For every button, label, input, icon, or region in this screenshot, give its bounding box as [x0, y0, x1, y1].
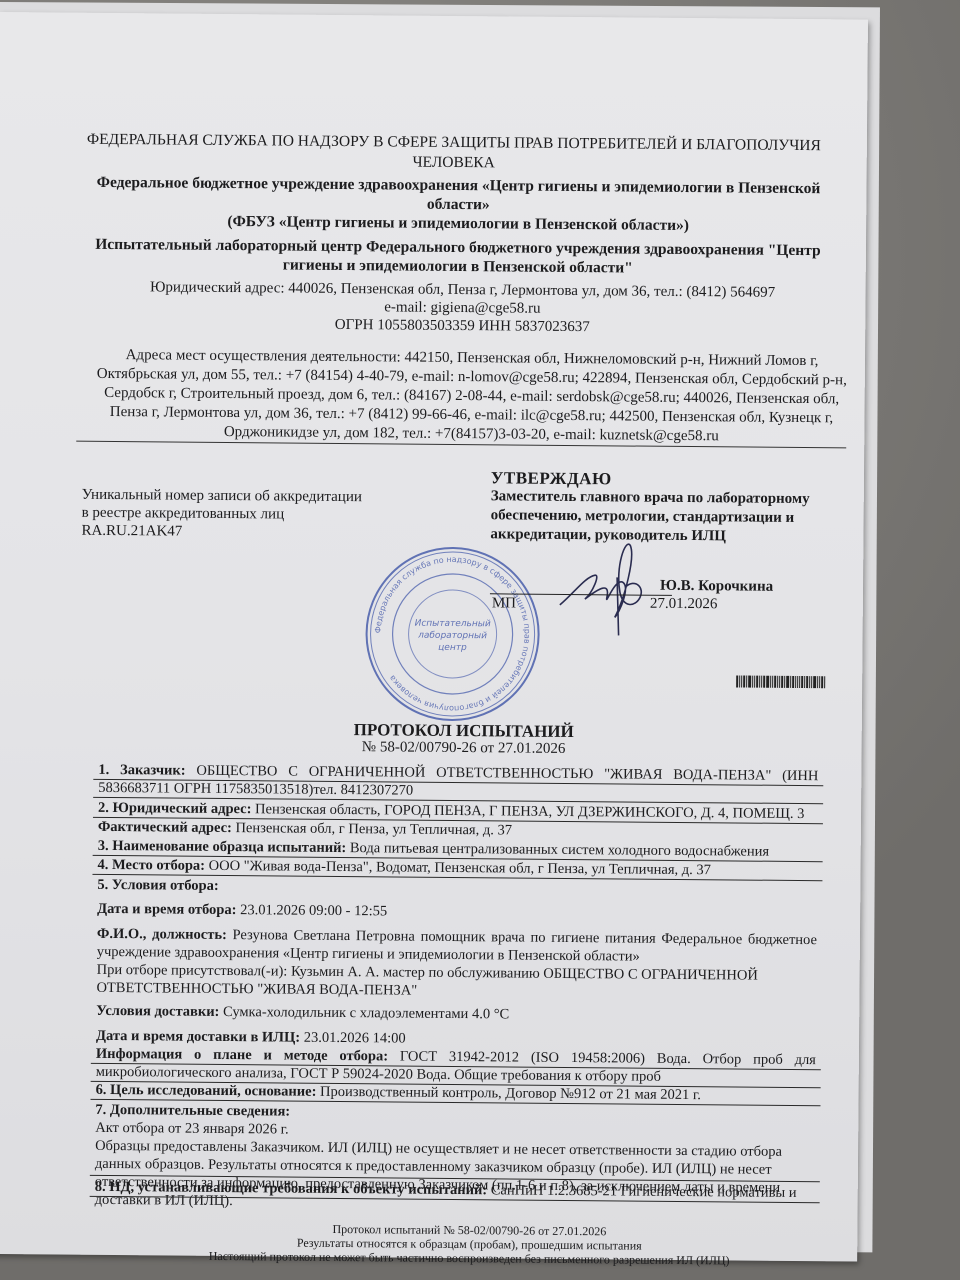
round-stamp-icon: Федеральная служба по надзору в сфере за… [362, 543, 544, 725]
activity-addresses: Адреса мест осуществления деятельности: … [86, 346, 857, 448]
institution-name: Федеральное бюджетное учреждение здравоо… [88, 173, 828, 217]
document-page: ФЕДЕРАЛЬНАЯ СЛУЖБА ПО НАДЗОРУ В СФЕРЕ ЗА… [0, 12, 868, 1262]
actual-address-label: Фактический адрес: [98, 819, 232, 836]
purpose-label: 6. Цель исследований, основание: [96, 1082, 317, 1100]
sampler-info: Ф.И.О., должность: Резунова Светлана Пет… [97, 925, 817, 967]
sampling-plan-label: Информация о плане и методе отбора: [96, 1046, 388, 1065]
normative-docs-label: 8. НД, устанавливающие требования к объе… [95, 1179, 488, 1198]
barcode-icon [736, 675, 836, 688]
delivery-datetime-value: 23.01.2026 14:00 [304, 1030, 406, 1047]
delivery-datetime-label: Дата и время доставки в ИЛЦ: [96, 1028, 300, 1046]
protocol-number: № 58-02/00790-26 от 27.01.2026 [294, 739, 634, 759]
sampling-datetime-label: Дата и время отбора: [97, 901, 236, 918]
stamp-center-line1: Испытательный [415, 619, 491, 630]
normative-docs-value: СанПиН 1.2.3685-21 Гигиенические нормати… [491, 1182, 797, 1201]
sampling-conditions-label: 5. Условия отбора: [97, 877, 218, 894]
lab-center-name: Испытательный лабораторный центр Федерал… [88, 235, 828, 279]
sample-name-label: 3. Наименование образца испытаний: [98, 838, 347, 856]
present-persons: При отборе присутствовал(-и): Кузьмин А.… [96, 961, 816, 1003]
signature-icon [555, 537, 666, 638]
sampling-datetime: Дата и время отбора: 23.01.2026 09:00 - … [97, 900, 817, 924]
additional-info-label: 7. Дополнительные сведения: [95, 1102, 290, 1120]
delivery-conditions: Условия доставки: Сумка-холодильник с хл… [96, 1002, 816, 1026]
sampling-place-label: 4. Место отбора: [97, 857, 205, 874]
legal-address-block: Юридический адрес: 440026, Пензенская об… [87, 278, 837, 339]
purpose-value: Производственный контроль, Договор №912 … [320, 1084, 701, 1103]
delivery-conditions-value: Сумка-холодильник с хладоэлементами 4.0 … [223, 1004, 509, 1022]
stamp-center-line2: лабораторный [417, 631, 487, 642]
stamp-center-line3: центр [438, 643, 467, 653]
sampling-datetime-value: 23.01.2026 09:00 - 12:55 [240, 902, 387, 919]
signer-name: Ю.В. Корочкина [660, 578, 773, 596]
page-footer: Протокол испытаний № 58-02/00790-26 от 2… [219, 1221, 719, 1267]
mp-label: МП [492, 595, 516, 612]
sampler-label: Ф.И.О., должность: [97, 926, 227, 943]
legal-address-label: 2. Юридический адрес: [98, 800, 252, 817]
approval-block: УТВЕРЖДАЮ Заместитель главного врача по … [490, 468, 811, 547]
customer-label: 1. Заказчик: [98, 762, 185, 779]
actual-address-value: Пензенская обл, г Пенза, ул Тепличная, д… [235, 820, 512, 838]
approval-date: 27.01.2026 [650, 596, 718, 614]
delivery-conditions-label: Условия доставки: [96, 1003, 219, 1020]
accreditation-block: Уникальный номер записи об аккредитации … [81, 486, 362, 542]
agency-name: ФЕДЕРАЛЬНАЯ СЛУЖБА ПО НАДЗОРУ В СФЕРЕ ЗА… [59, 130, 849, 177]
accreditation-line2: в реестре аккредитованных лиц [82, 504, 362, 524]
accreditation-number: RA.RU.21AK47 [81, 522, 361, 542]
